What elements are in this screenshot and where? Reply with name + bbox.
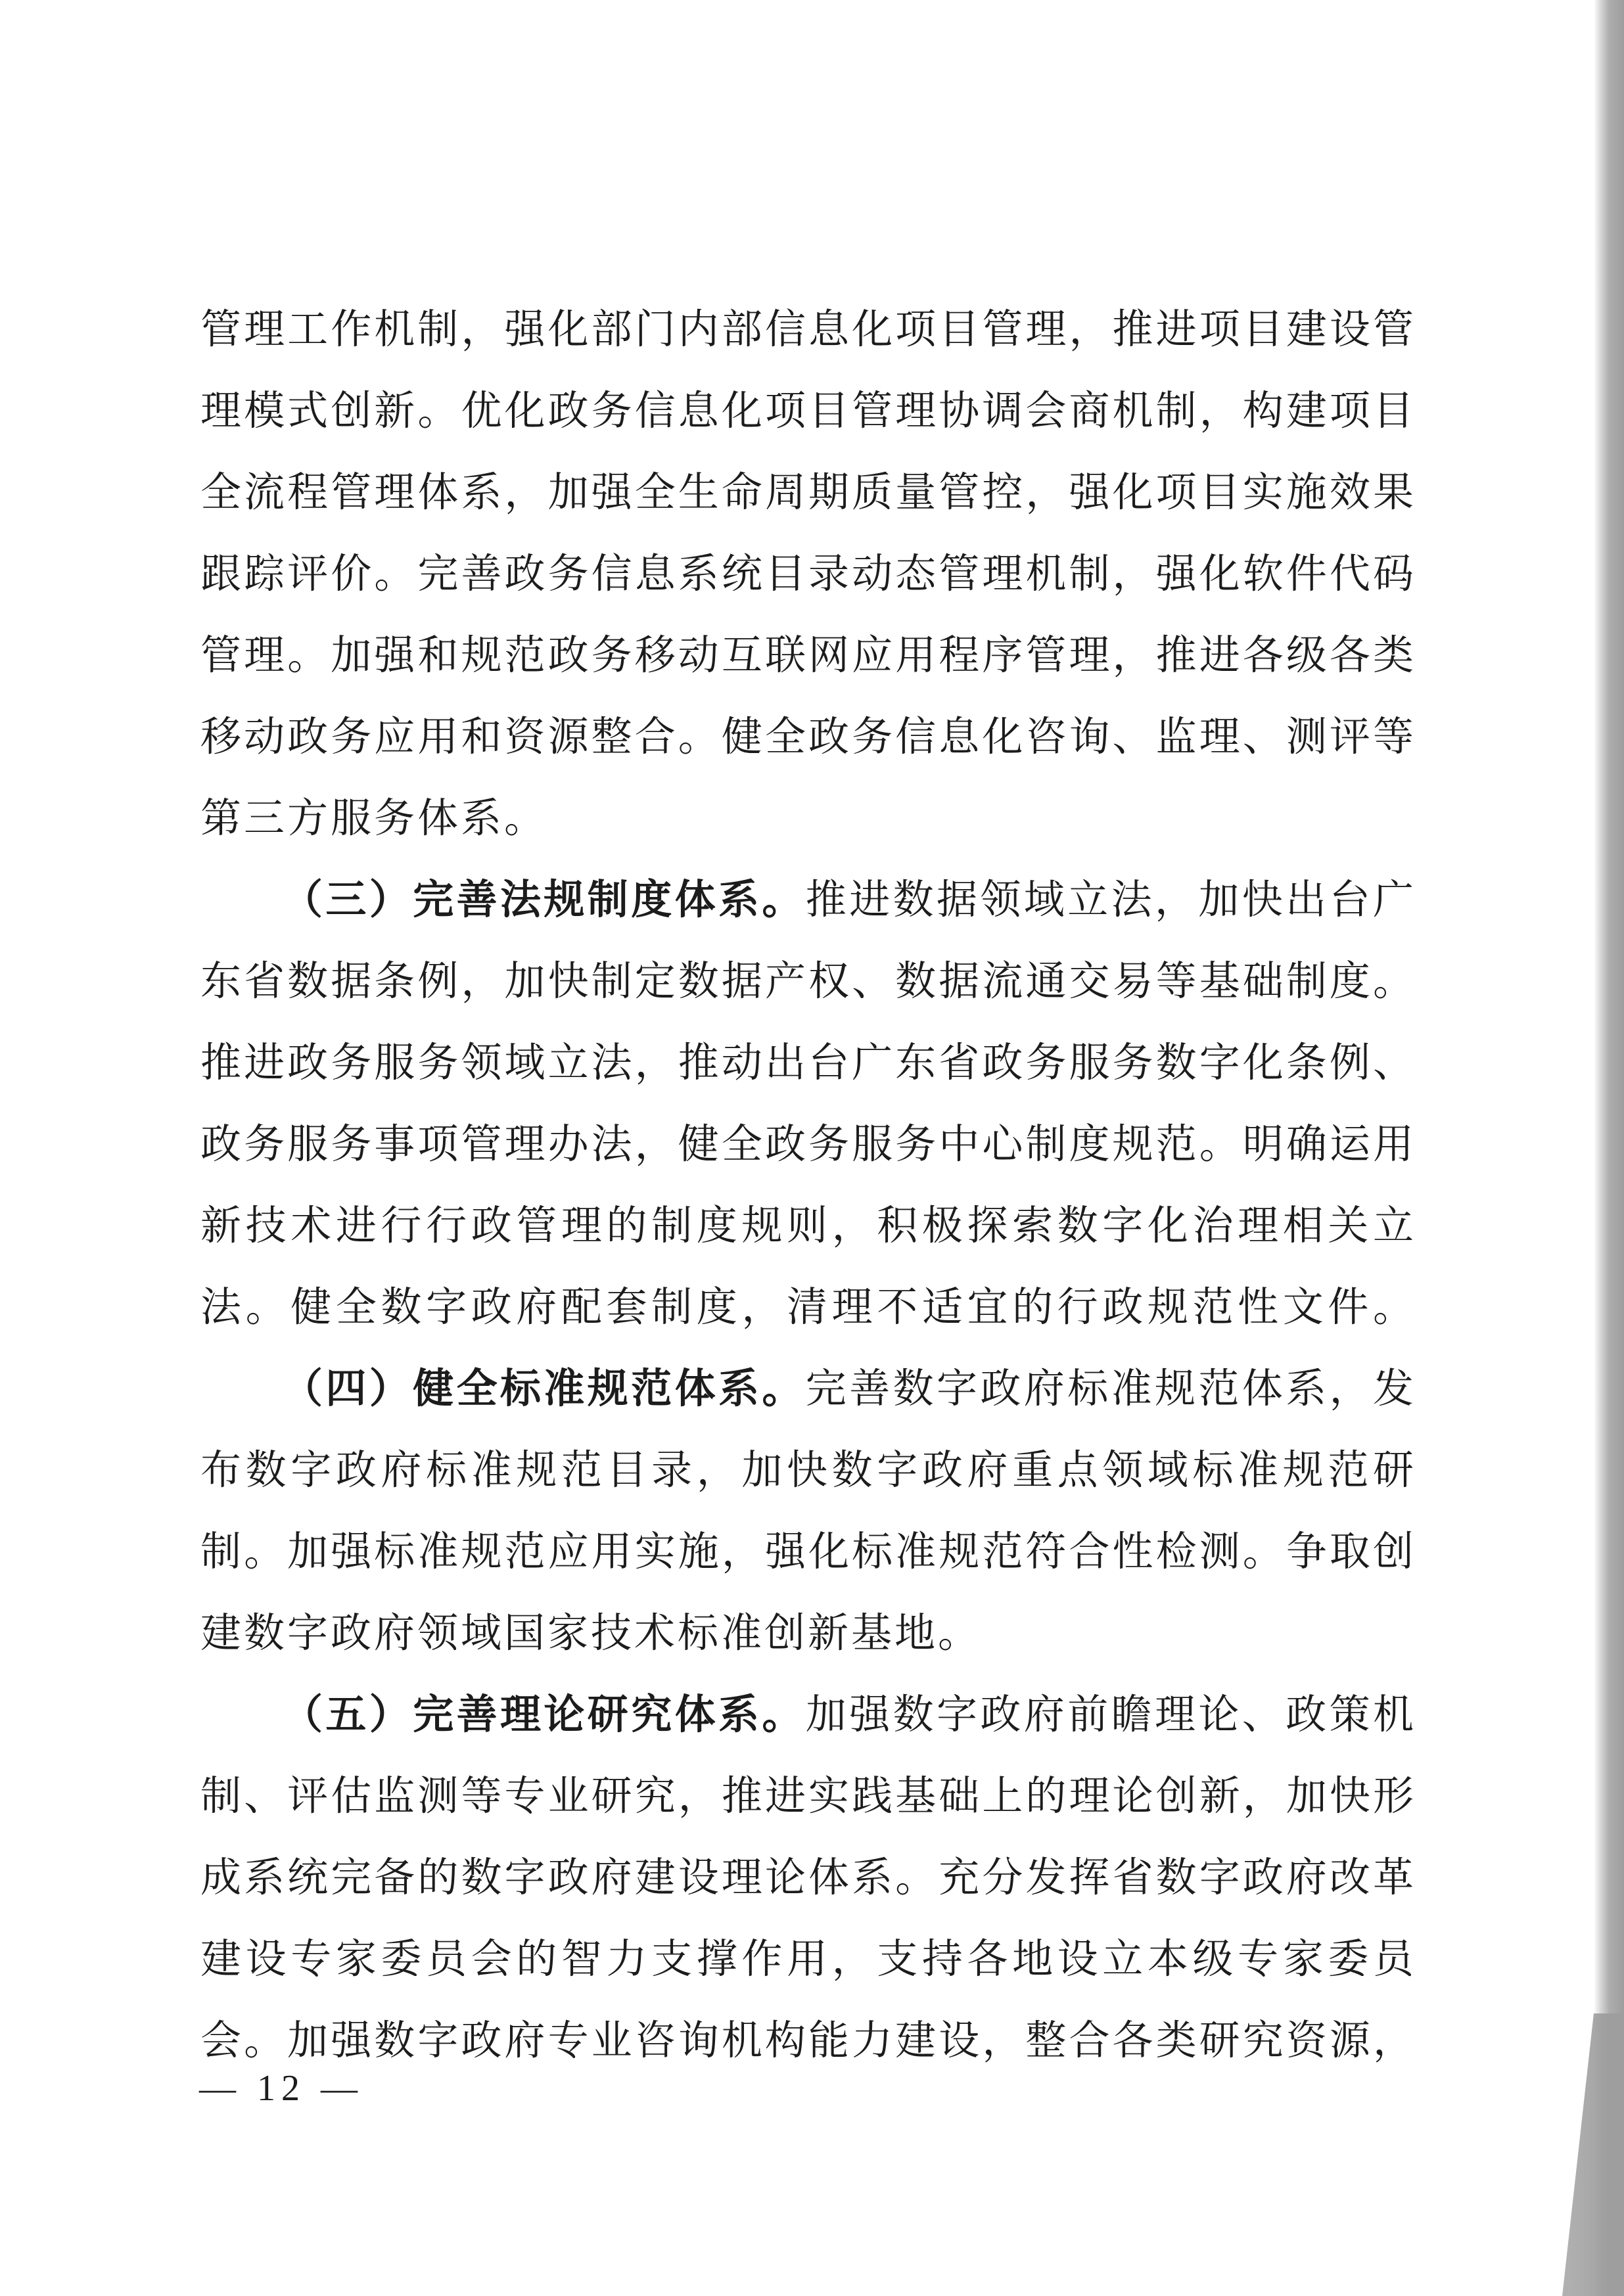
text-line: 建设专家委员会的智力支撑作用，支持各地设立本级专家委员 xyxy=(200,1919,1416,2000)
text-line: 布数字政府标准规范目录，加快数字政府重点领域标准规范研 xyxy=(200,1430,1416,1511)
body-text-segment: 成系统完备的数字政府建设理论体系。充分发挥省数字政府改革 xyxy=(200,1856,1416,1900)
text-line: 东省数据条例，加快制定数据产权、数据流通交易等基础制度。 xyxy=(200,941,1416,1022)
body-text-segment: 完善数字政府标准规范体系，发 xyxy=(806,1367,1416,1412)
page-number: — 12 — xyxy=(199,2067,363,2109)
text-line: 第三方服务体系。 xyxy=(200,778,1416,860)
text-line: 法。健全数字政府配套制度，清理不适宜的行政规范性文件。 xyxy=(200,1267,1416,1348)
body-text-segment: 管理工作机制，强化部门内部信息化项目管理，推进项目建设管 xyxy=(200,308,1416,352)
body-text-segment: 全流程管理体系，加强全生命周期质量管控，强化项目实施效果 xyxy=(200,471,1416,515)
text-line: 跟踪评价。完善政务信息系统目录动态管理机制，强化软件代码 xyxy=(200,534,1416,615)
body-text-segment: 布数字政府标准规范目录，加快数字政府重点领域标准规范研 xyxy=(200,1448,1416,1493)
body-text-segment: 建设专家委员会的智力支撑作用，支持各地设立本级专家委员 xyxy=(200,1937,1416,1982)
body-text-segment: 东省数据条例，加快制定数据产权、数据流通交易等基础制度。 xyxy=(200,959,1416,1004)
section-heading-segment: （五）完善理论研究体系。 xyxy=(282,1693,806,1737)
body-text-segment: 法。健全数字政府配套制度，清理不适宜的行政规范性文件。 xyxy=(200,1285,1416,1330)
body-text-segment: 政务服务事项管理办法，健全政务服务中心制度规范。明确运用 xyxy=(200,1122,1416,1167)
body-text-segment: 跟踪评价。完善政务信息系统目录动态管理机制，强化软件代码 xyxy=(200,552,1416,597)
body-text-segment: 新技术进行行政管理的制度规则，积极探索数字化治理相关立 xyxy=(200,1204,1416,1249)
text-line: 建数字政府领域国家技术标准创新基地。 xyxy=(200,1593,1416,1674)
body-text-segment: 推进政务服务领域立法，推动出台广东省政务服务数字化条例、 xyxy=(200,1041,1416,1086)
body-text-segment: 理模式创新。优化政务信息化项目管理协调会商机制，构建项目 xyxy=(200,389,1416,434)
body-text-segment: 制。加强标准规范应用实施，强化标准规范符合性检测。争取创 xyxy=(200,1530,1416,1574)
body-text-segment: 管理。加强和规范政务移动互联网应用程序管理，推进各级各类 xyxy=(200,633,1416,678)
scan-edge-shadow xyxy=(1594,0,1624,2296)
text-line: 制。加强标准规范应用实施，强化标准规范符合性检测。争取创 xyxy=(200,1511,1416,1593)
text-line: （三）完善法规制度体系。推进数据领域立法，加快出台广 xyxy=(200,860,1416,941)
text-line: 会。加强数字政府专业咨询机构能力建设，整合各类研究资源， xyxy=(200,2000,1416,2082)
text-line: 新技术进行行政管理的制度规则，积极探索数字化治理相关立 xyxy=(200,1185,1416,1267)
body-text-segment: 会。加强数字政府专业咨询机构能力建设，整合各类研究资源， xyxy=(200,2019,1416,2063)
text-line: 全流程管理体系，加强全生命周期质量管控，强化项目实施效果 xyxy=(200,452,1416,534)
text-line: 管理。加强和规范政务移动互联网应用程序管理，推进各级各类 xyxy=(200,615,1416,697)
scan-edge-shadow-flare xyxy=(1562,2013,1624,2296)
document-body: 管理工作机制，强化部门内部信息化项目管理，推进项目建设管理模式创新。优化政务信息… xyxy=(200,289,1416,2082)
text-line: 成系统完备的数字政府建设理论体系。充分发挥省数字政府改革 xyxy=(200,1837,1416,1919)
body-text-segment: 第三方服务体系。 xyxy=(200,796,547,841)
body-text-segment: 加强数字政府前瞻理论、政策机 xyxy=(806,1693,1416,1737)
scanned-document-page: 管理工作机制，强化部门内部信息化项目管理，推进项目建设管理模式创新。优化政务信息… xyxy=(0,0,1624,2296)
text-line: （五）完善理论研究体系。加强数字政府前瞻理论、政策机 xyxy=(200,1674,1416,1756)
text-line: 制、评估监测等专业研究，推进实践基础上的理论创新，加快形 xyxy=(200,1756,1416,1837)
body-text-segment: 移动政务应用和资源整合。健全政务信息化咨询、监理、测评等 xyxy=(200,715,1416,760)
text-line: 推进政务服务领域立法，推动出台广东省政务服务数字化条例、 xyxy=(200,1022,1416,1104)
text-line: 管理工作机制，强化部门内部信息化项目管理，推进项目建设管 xyxy=(200,289,1416,371)
section-heading-segment: （四）健全标准规范体系。 xyxy=(282,1367,806,1412)
text-line: 移动政务应用和资源整合。健全政务信息化咨询、监理、测评等 xyxy=(200,697,1416,778)
text-line: 政务服务事项管理办法，健全政务服务中心制度规范。明确运用 xyxy=(200,1104,1416,1185)
text-line: 理模式创新。优化政务信息化项目管理协调会商机制，构建项目 xyxy=(200,371,1416,452)
body-text-segment: 建数字政府领域国家技术标准创新基地。 xyxy=(200,1611,981,1656)
body-text-segment: 制、评估监测等专业研究，推进实践基础上的理论创新，加快形 xyxy=(200,1774,1416,1819)
section-heading-segment: （三）完善法规制度体系。 xyxy=(282,878,806,923)
body-text-segment: 推进数据领域立法，加快出台广 xyxy=(806,878,1416,923)
text-line: （四）健全标准规范体系。完善数字政府标准规范体系，发 xyxy=(200,1348,1416,1430)
